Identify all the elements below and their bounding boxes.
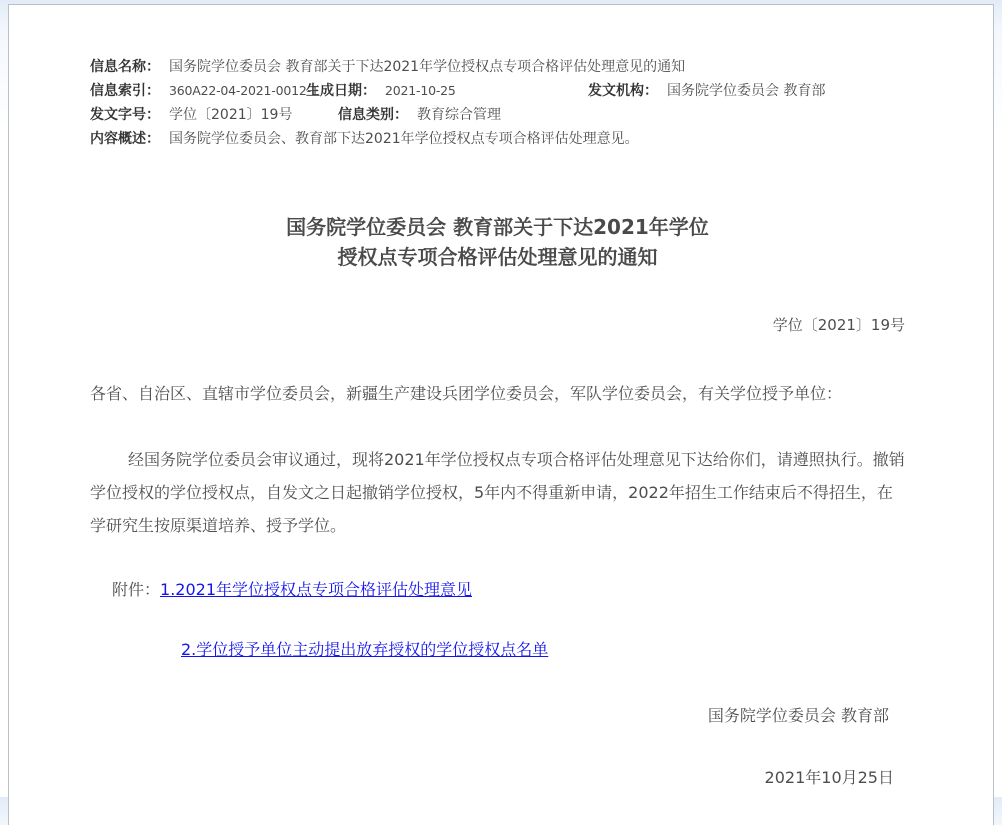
attachment-line-1: 附件：1.2021年学位授权点专项合格评估处理意见 xyxy=(90,578,905,602)
meta-pair-docno: 发文字号：学位〔2021〕19号 xyxy=(90,103,292,127)
attachment-label: 附件： xyxy=(112,580,160,599)
document-title-line1: 国务院学位委员会 教育部关于下达2021年学位 xyxy=(90,212,905,242)
meta-row-index: 信息索引：360A22-04-2021-0012-1 生成日期：2021-10-… xyxy=(90,79,905,103)
attachment-line-2: 2.学位授予单位主动提出放弃授权的学位授权点名单 xyxy=(90,638,905,662)
document-panel: 信息名称：国务院学位委员会 教育部关于下达2021年学位授权点专项合格评估处理意… xyxy=(8,4,994,797)
meta-row-summary: 内容概述：国务院学位委员会、教育部下达2021年学位授权点专项合格评估处理意见。 xyxy=(90,127,905,151)
meta-index-label: 信息索引： xyxy=(90,83,160,99)
meta-docno-label: 发文字号： xyxy=(90,107,160,123)
meta-agency-value: 国务院学位委员会 教育部 xyxy=(667,83,825,99)
meta-gen-date-value: 2021-10-25 xyxy=(385,83,456,98)
meta-index-value: 360A22-04-2021-0012-1 xyxy=(169,83,319,98)
document-title: 国务院学位委员会 教育部关于下达2021年学位 授权点专项合格评估处理意见的通知 xyxy=(90,212,905,272)
document-title-line2: 授权点专项合格评估处理意见的通知 xyxy=(90,242,905,272)
meta-category-label: 信息类别： xyxy=(338,107,408,123)
meta-summary-label: 内容概述： xyxy=(90,131,160,147)
document-number: 学位〔2021〕19号 xyxy=(90,313,905,337)
body-paragraph: 经国务院学位委员会审议通过，现将2021年学位授权点专项合格评估处理意见下达给你… xyxy=(90,443,905,542)
meta-pair-gen-date: 生成日期：2021-10-25 xyxy=(306,79,456,103)
meta-agency-label: 发文机构： xyxy=(588,83,658,99)
meta-row-docno: 发文字号：学位〔2021〕19号 信息类别：教育综合管理 xyxy=(90,103,905,127)
document-content: 信息名称：国务院学位委员会 教育部关于下达2021年学位授权点专项合格评估处理意… xyxy=(9,55,993,790)
attachment-link-1[interactable]: 1.2021年学位授权点专项合格评估处理意见 xyxy=(160,580,472,599)
meta-docno-value: 学位〔2021〕19号 xyxy=(169,107,292,123)
meta-name-label: 信息名称： xyxy=(90,59,160,75)
issuer-signature: 国务院学位委员会 教育部 xyxy=(90,704,905,728)
attachment-link-2[interactable]: 2.学位授予单位主动提出放弃授权的学位授权点名单 xyxy=(181,640,548,659)
meta-gen-date-label: 生成日期： xyxy=(306,83,376,99)
meta-summary-value: 国务院学位委员会、教育部下达2021年学位授权点专项合格评估处理意见。 xyxy=(169,131,639,147)
document-metadata: 信息名称：国务院学位委员会 教育部关于下达2021年学位授权点专项合格评估处理意… xyxy=(90,55,905,151)
meta-pair-name: 信息名称：国务院学位委员会 教育部关于下达2021年学位授权点专项合格评估处理意… xyxy=(90,55,685,79)
salutation-line: 各省、自治区、直辖市学位委员会，新疆生产建设兵团学位委员会，军队学位委员会，有关… xyxy=(90,381,905,407)
meta-pair-agency: 发文机构：国务院学位委员会 教育部 xyxy=(588,79,825,103)
meta-pair-summary: 内容概述：国务院学位委员会、教育部下达2021年学位授权点专项合格评估处理意见。 xyxy=(90,127,639,151)
page-background: { "meta": { "name": { "label": "信息名称：", … xyxy=(0,0,1002,797)
document-date: 2021年10月25日 xyxy=(90,766,905,790)
meta-pair-index: 信息索引：360A22-04-2021-0012-1 xyxy=(90,79,319,103)
meta-name-value: 国务院学位委员会 教育部关于下达2021年学位授权点专项合格评估处理意见的通知 xyxy=(169,59,685,75)
meta-pair-category: 信息类别：教育综合管理 xyxy=(338,103,501,127)
meta-row-name: 信息名称：国务院学位委员会 教育部关于下达2021年学位授权点专项合格评估处理意… xyxy=(90,55,905,79)
meta-category-value: 教育综合管理 xyxy=(417,107,501,123)
